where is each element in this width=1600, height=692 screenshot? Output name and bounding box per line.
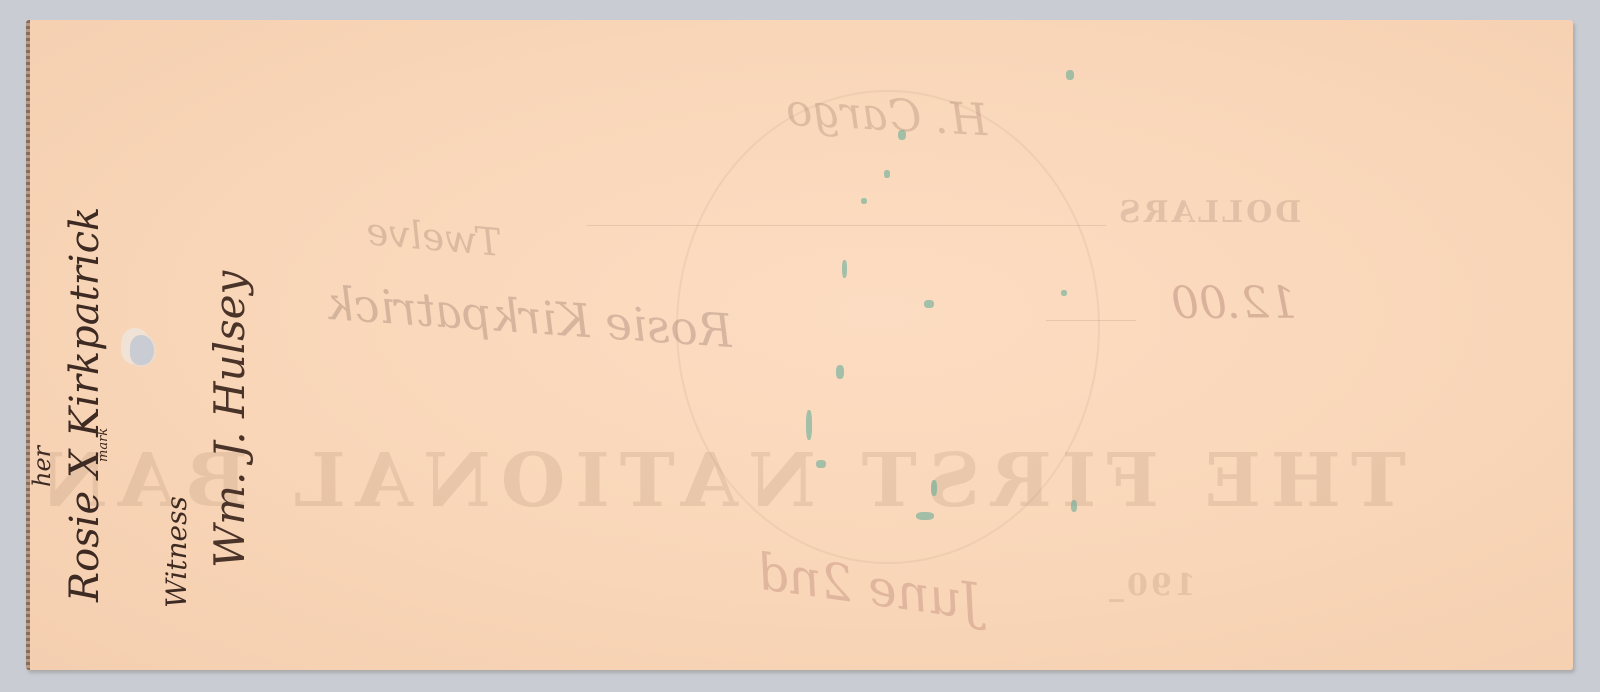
dollars-label-show-through: DOLLARS (1116, 195, 1301, 230)
endorsement-her-label: her (28, 446, 56, 487)
witness-signature: Wm. J. Hulsey (205, 271, 254, 568)
payee-signature: Rosie X Kirkpatrick (62, 207, 108, 602)
amount-written-show-through: Twelve (364, 209, 502, 265)
stamp-mark (842, 260, 847, 278)
stamp-mark (898, 130, 906, 140)
mark-label: mark (96, 428, 111, 462)
payee-written-show-through: Rosie Kirkpatrick (325, 276, 735, 358)
stamp-mark (1071, 500, 1077, 512)
year-print-show-through: 190_ (1106, 568, 1196, 603)
punch-hole (130, 335, 154, 365)
rule-line (586, 225, 1106, 226)
stamp-mark (816, 460, 826, 468)
stamp-mark (836, 365, 844, 379)
stamp-mark (924, 300, 934, 308)
top-written-show-through: H. Cargo (785, 85, 989, 146)
stamp-mark (861, 198, 867, 204)
check-reverse: THE FIRST NATIONAL BANK DOLLARS 12.00 Tw… (26, 20, 1573, 670)
stamp-mark (931, 480, 937, 496)
stamp-mark (806, 410, 812, 440)
stamp-mark (1061, 290, 1067, 296)
stamp-mark (916, 512, 934, 520)
amount-figure-show-through: 12.00 (1171, 278, 1297, 329)
witness-label: Witness (160, 496, 193, 608)
stamp-mark (1066, 70, 1074, 80)
rule-line (1046, 320, 1136, 321)
bank-name-show-through: THE FIRST NATIONAL BANK (226, 438, 1406, 524)
stamp-mark (884, 170, 890, 178)
